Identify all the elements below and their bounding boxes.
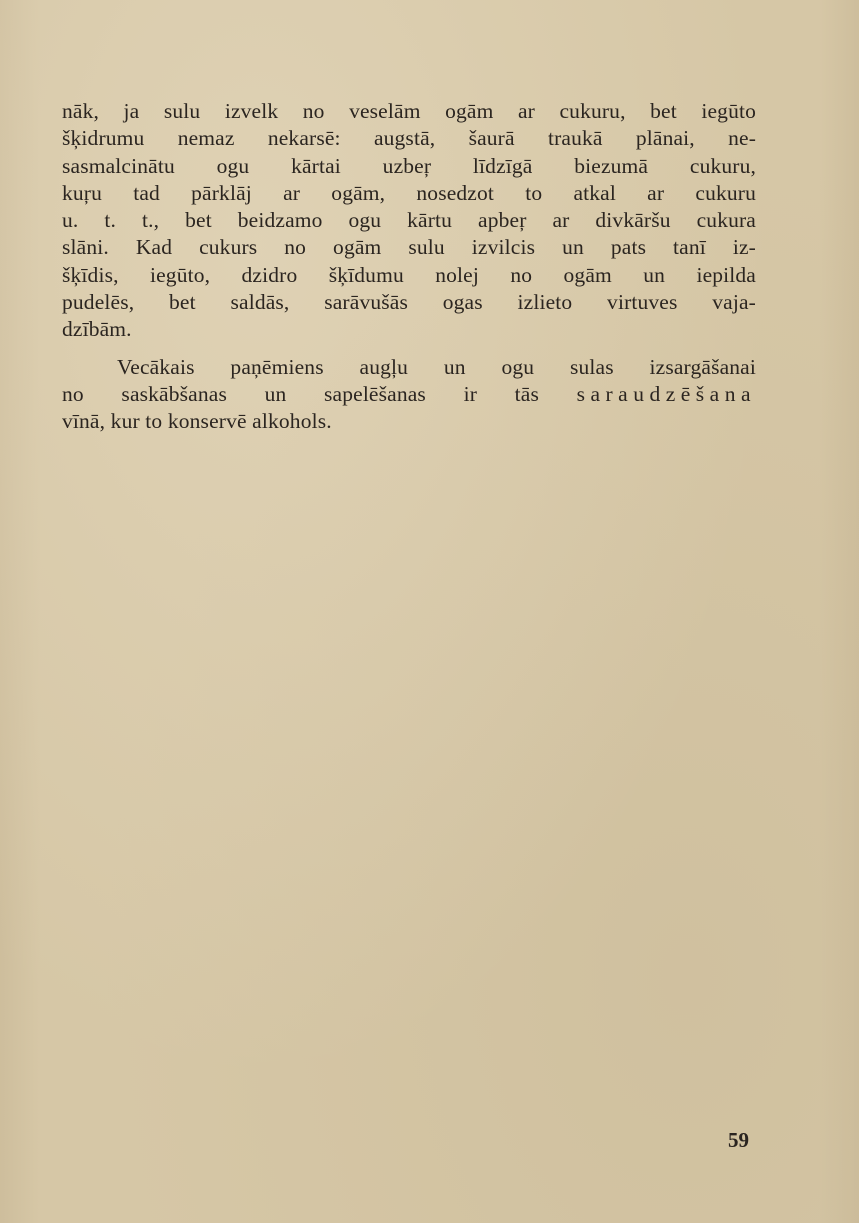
text-line: pudelēs, bet saldās, sarāvušās ogas izli… (62, 289, 756, 316)
paragraph-2: Vecākais paņēmiens augļu un ogu sulas iz… (62, 354, 756, 436)
text-line: nāk, ja sulu izvelk no veselām ogām ar c… (62, 98, 756, 125)
text-line: Vecākais paņēmiens augļu un ogu sulas iz… (62, 354, 756, 381)
text-line: kuŗu tad pārklāj ar ogām, nosedzot to at… (62, 180, 756, 207)
paragraph-1: nāk, ja sulu izvelk no veselām ogām ar c… (62, 98, 756, 344)
text-line: dzībām. (62, 316, 756, 343)
text-line: šķidrumu nemaz nekarsē: augstā, šaurā tr… (62, 125, 756, 152)
book-page: nāk, ja sulu izvelk no veselām ogām ar c… (0, 0, 859, 1223)
text-line: vīnā, kur to konservē alkohols. (62, 408, 756, 435)
text-line: šķīdis, iegūto, dzidro šķīdumu nolej no … (62, 262, 756, 289)
text-line-with-emphasis: no saskābšanas un sapelēšanas ir tās sar… (62, 381, 756, 408)
page-number: 59 (728, 1128, 749, 1153)
text-segment: no saskābšanas un sapelēšanas ir tās (62, 382, 577, 406)
spaced-emphasis: saraudzēšana (577, 382, 756, 406)
text-line: sasmalcinātu ogu kārtai uzbeŗ līdzīgā bi… (62, 153, 756, 180)
text-line: slāni. Kad cukurs no ogām sulu izvilcis … (62, 234, 756, 261)
text-line: u. t. t., bet beidzamo ogu kārtu apbeŗ a… (62, 207, 756, 234)
body-text: nāk, ja sulu izvelk no veselām ogām ar c… (62, 98, 756, 436)
